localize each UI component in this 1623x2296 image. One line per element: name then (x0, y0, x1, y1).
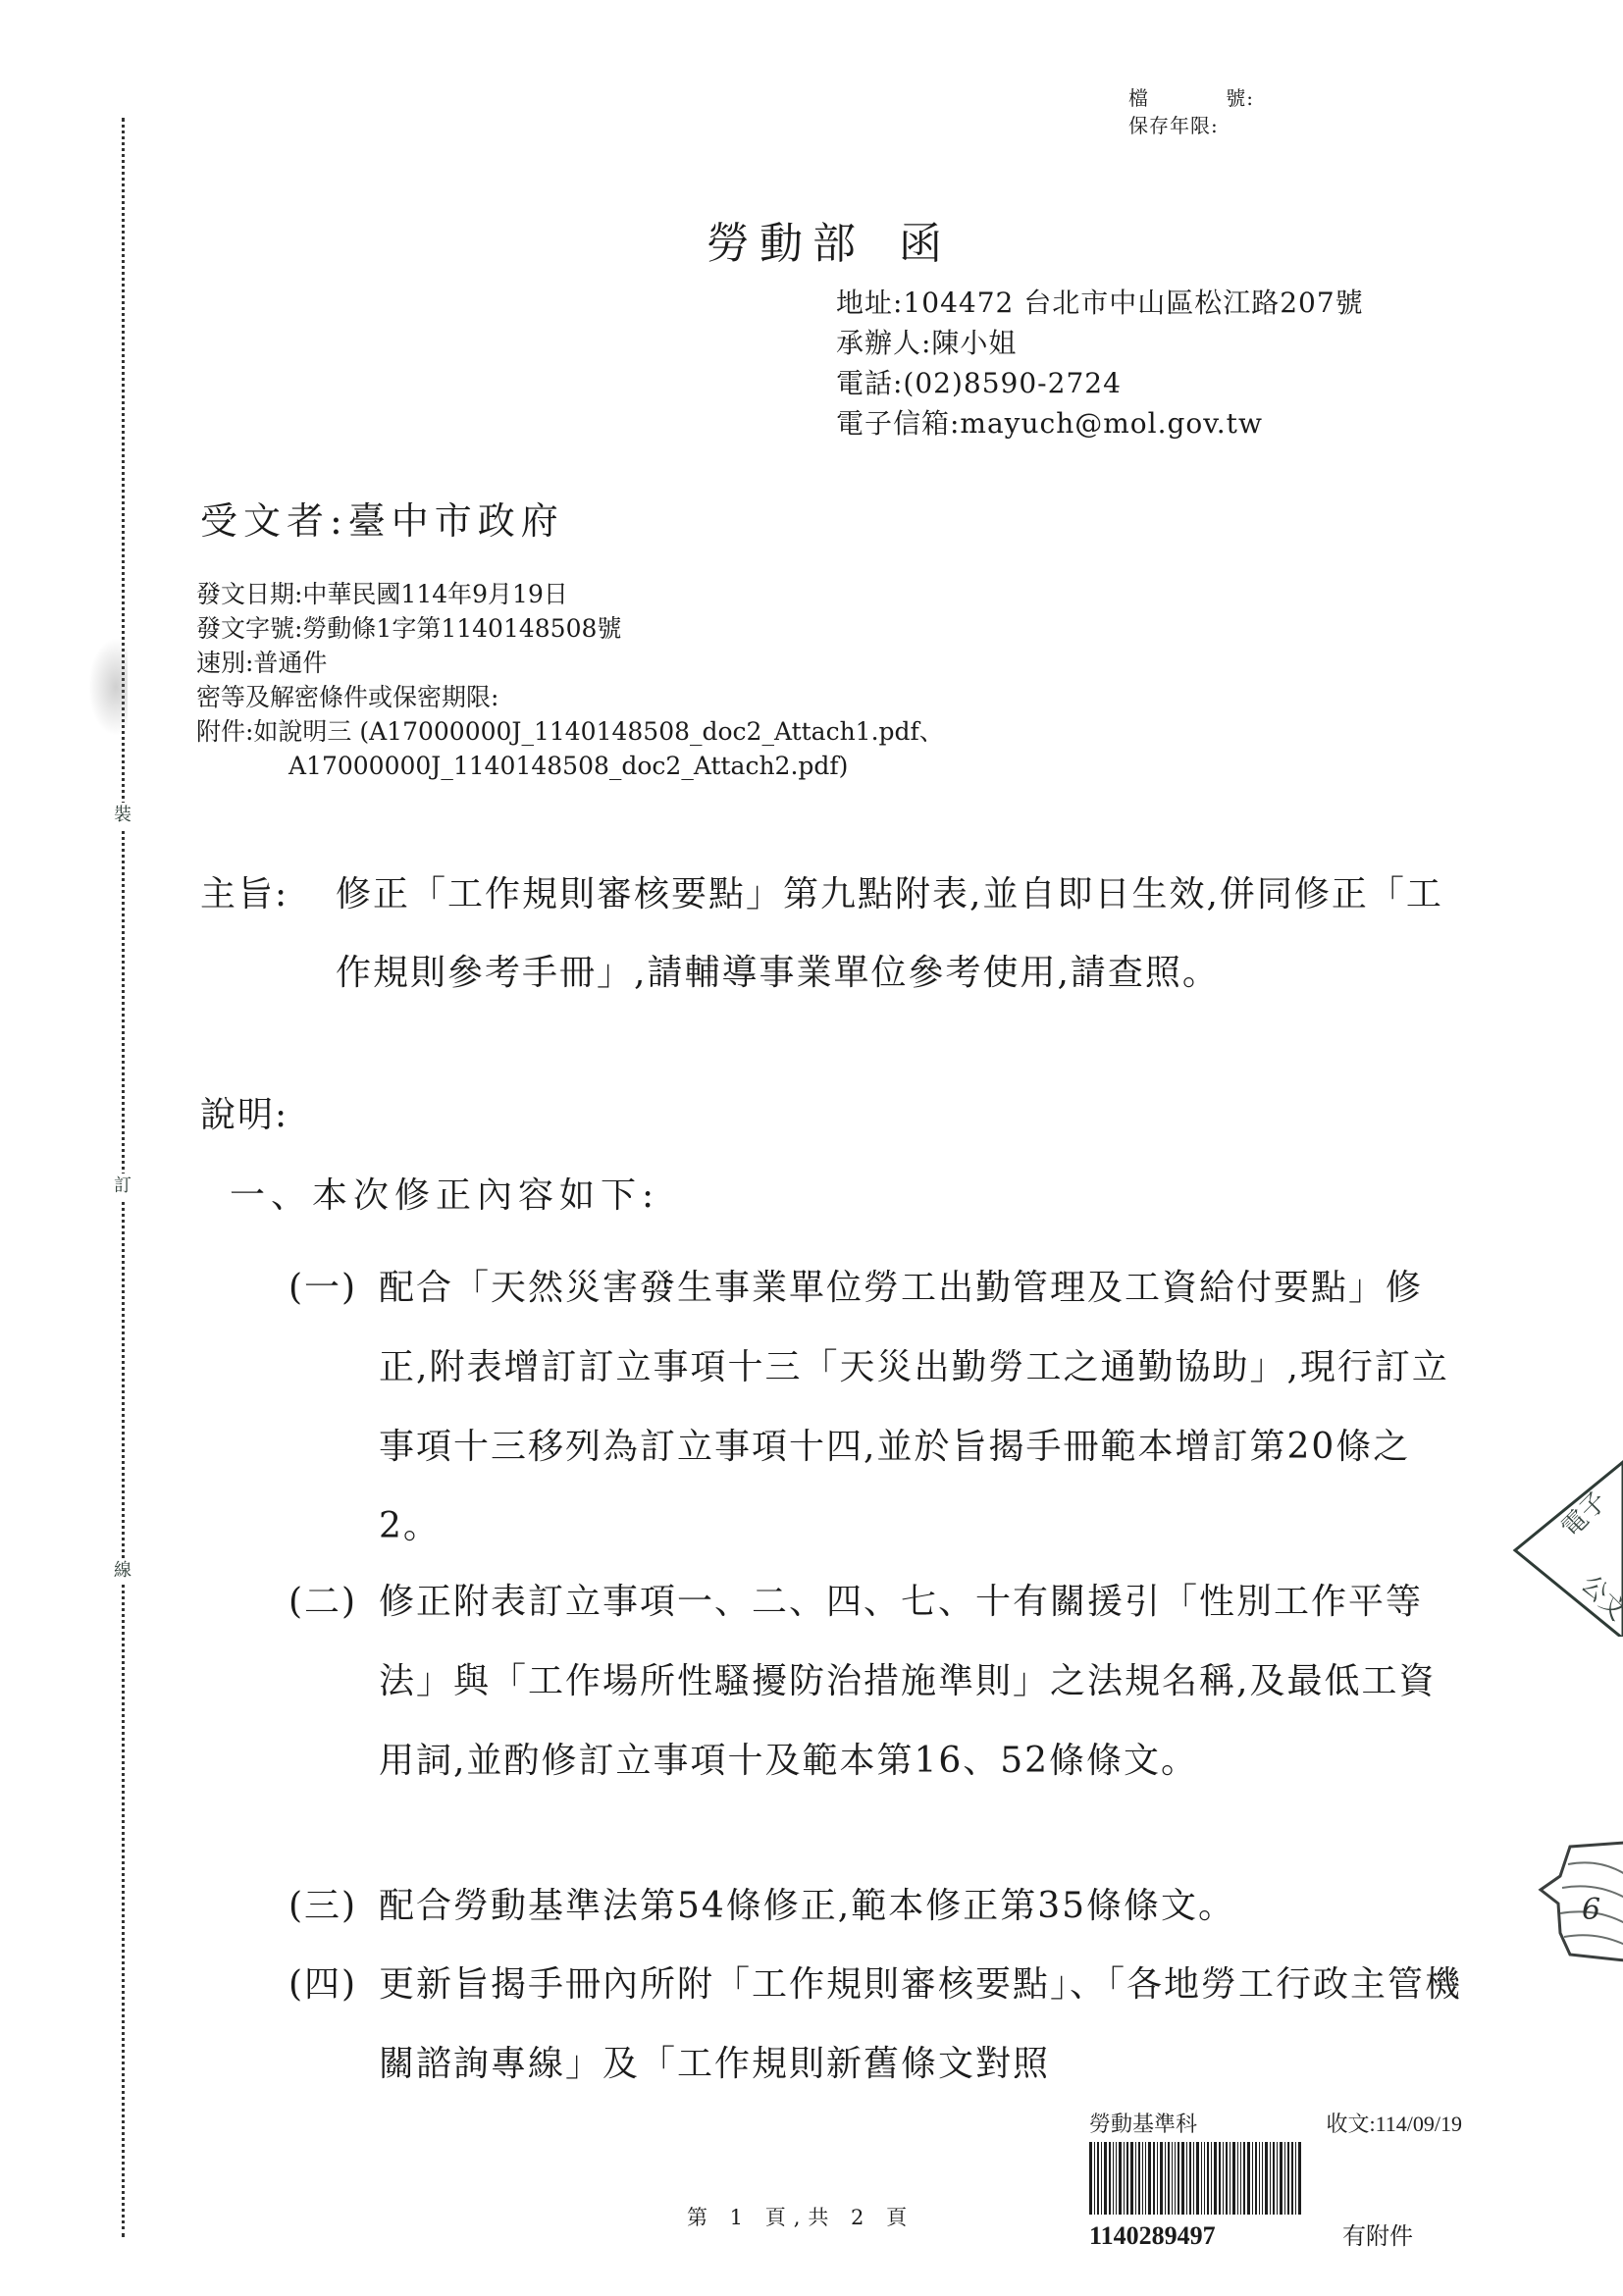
archive-fields: 檔號: 保存年限: (1128, 84, 1254, 139)
receiving-department: 勞動基準科 (1089, 2108, 1197, 2138)
file-number-label-b: 號: (1226, 84, 1254, 112)
attachment-note: 有附件 (1342, 2217, 1413, 2251)
recipient: 受文者:臺中市政府 (200, 491, 564, 545)
margin-mark-line: 線 (110, 1558, 135, 1584)
phone: 電話:(02)8590-2724 (836, 363, 1364, 403)
subitem-number: (四) (288, 1945, 357, 2024)
attachment-line-2: A17000000J_1140148508_doc2_Attach2.pdf) (196, 749, 944, 783)
priority: 速別:普通件 (196, 646, 944, 680)
margin-mark-bind: 裝 (110, 803, 135, 828)
document-meta: 發文日期:中華民國114年9月19日 發文字號:勞動條1字第1140148508… (196, 577, 944, 783)
receipt-stamp: 勞動基準科 收文:114/09/19 1140289497 有附件 (1089, 2108, 1462, 2251)
subitem-number: (三) (288, 1866, 357, 1946)
retention-label: 保存年限: (1128, 112, 1219, 139)
issue-date: 發文日期:中華民國114年9月19日 (196, 577, 944, 611)
scan-smudge (88, 638, 128, 736)
file-number-field: 檔號: (1128, 84, 1254, 112)
subitem-number: (一) (288, 1248, 357, 1328)
subject-text: 修正「工作規則審核要點」第九點附表,並自即日生效,併同修正「工作規則參考手冊」,… (336, 856, 1474, 1013)
handler: 承辦人:陳小姐 (836, 323, 1364, 363)
svg-text:電子: 電子 (1556, 1487, 1613, 1543)
retention-field: 保存年限: (1128, 112, 1254, 139)
margin-mark-staple: 訂 (110, 1174, 135, 1199)
subitem-number: (二) (288, 1562, 357, 1642)
attachment-line-1: 附件:如說明三 (A17000000J_1140148508_doc2_Atta… (196, 714, 944, 749)
classification: 密等及解密條件或保密期限: (196, 680, 944, 714)
subitem-text: 配合「天然災害發生事業單位勞工出勤管理及工資給付要點」修正,附表增訂訂立事項十三… (379, 1248, 1462, 1566)
received-date: 收文:114/09/19 (1326, 2108, 1462, 2138)
explanation-label: 說明: (200, 1087, 288, 1137)
barcode-number: 1140289497 (1089, 2221, 1216, 2251)
electronic-document-seal-icon: 電子 公文 (1511, 1460, 1623, 1637)
subitem-text: 修正附表訂立事項一、二、四、七、十有關援引「性別工作平等法」與「工作場所性騷擾防… (379, 1562, 1462, 1800)
explanation-item-1-heading: 一、本次修正內容如下: (230, 1168, 659, 1218)
barcode-icon (1089, 2142, 1462, 2215)
file-number-label-a: 檔 (1128, 84, 1149, 112)
agency-name: 勞動部 (707, 219, 865, 269)
email: 電子信箱:mayuch@mol.gov.tw (836, 403, 1364, 444)
reference-number: 發文字號:勞動條1字第1140148508號 (196, 611, 944, 646)
address: 地址:104472 台北市中山區松江路207號 (836, 283, 1364, 323)
contact-block: 地址:104472 台北市中山區松江路207號 承辦人:陳小姐 電話:(02)8… (836, 283, 1364, 444)
document-type: 函 (899, 219, 952, 269)
subitem-text: 更新旨揭手冊內所附「工作規則審核要點」、「各地勞工行政主管機關諮詢專線」及「工作… (379, 1945, 1462, 2104)
subitem-text: 配合勞動基準法第54條修正,範本修正第35條條文。 (379, 1866, 1462, 1946)
document-title: 勞動部函 (707, 208, 952, 271)
page-seam-seal-icon: 6 (1531, 1835, 1623, 1972)
svg-text:6: 6 (1582, 1893, 1600, 1927)
page-number: 第 1 頁,共 2 頁 (687, 2202, 915, 2231)
subject-label: 主旨: (200, 856, 288, 934)
